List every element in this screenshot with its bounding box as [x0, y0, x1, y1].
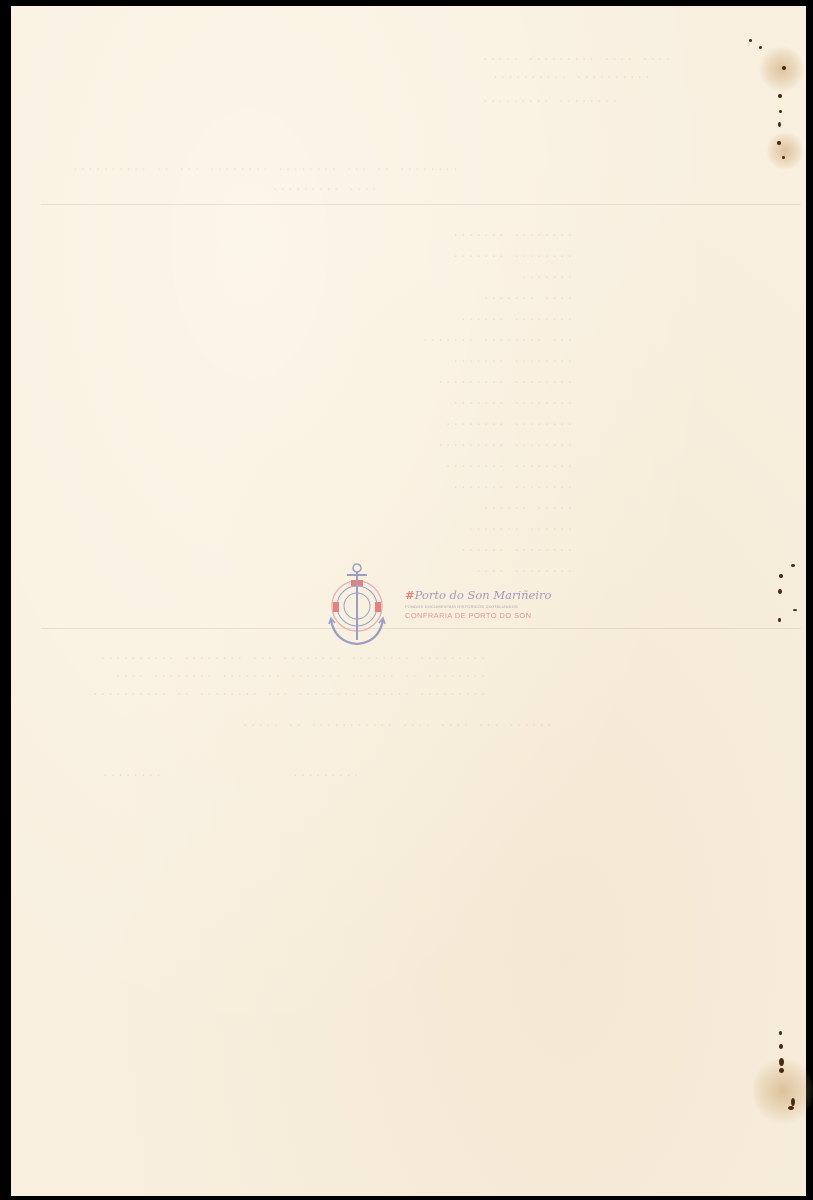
watermark-title-text: Porto do Son Mariñeiro — [415, 588, 552, 602]
watermark-hashtag: # — [405, 588, 415, 602]
bleed-through-text: .... .... ......... ..... — [481, 52, 671, 64]
bleed-through-text: .......... .......... — [491, 70, 651, 82]
rust-spot — [791, 564, 795, 567]
rust-spot — [779, 1031, 782, 1035]
rust-stain — [766, 132, 804, 170]
rust-spot — [778, 618, 781, 622]
bleed-through-text: ........ ......... — [481, 94, 618, 106]
rust-stain — [753, 1056, 813, 1126]
rust-spot — [778, 589, 782, 594]
bleed-through-text: ........ .. ... ........ ........ ... ..… — [71, 162, 459, 174]
bleed-through-signature: ........ — [101, 768, 162, 780]
bleed-through-text: .... ......... — [271, 182, 377, 194]
rust-spot — [749, 39, 752, 42]
rust-spot — [759, 46, 762, 49]
rust-spot — [779, 574, 783, 578]
watermark-title: #Porto do Son Mariñeiro — [405, 588, 551, 602]
rust-spot — [782, 66, 786, 70]
rust-spot — [778, 94, 782, 98]
rust-spot — [779, 1068, 784, 1073]
bleed-through-paragraph: ......... ........ ........ ... ........… — [91, 648, 486, 702]
watermark-organization: CONFRARIA DE PORTO DO SON — [405, 611, 531, 620]
rust-spot — [791, 1098, 795, 1106]
rust-spot — [779, 1058, 784, 1066]
watermark-subtitle: FONDOS DOCUMENTAIS HISTÓRICOS DIXITALIZA… — [405, 604, 518, 609]
bleed-through-signature: ......... — [291, 768, 359, 780]
watermark: #Porto do Son Mariñeiro FONDOS DOCUMENTA… — [323, 562, 523, 652]
bleed-through-list: ........ ............... ...............… — [421, 224, 573, 581]
rust-spot — [779, 1044, 783, 1049]
rust-spot — [778, 122, 781, 127]
anchor-lifebuoy-emblem-icon — [323, 562, 393, 652]
rust-spot — [777, 141, 781, 145]
rust-spot — [779, 110, 782, 113]
rust-spot — [788, 1106, 794, 1110]
bleed-through-date: ...... ... .... .... ........... .. ....… — [241, 718, 553, 730]
rust-spot — [793, 609, 797, 611]
bleed-through-rule — [41, 204, 801, 205]
scanned-page: .... .... ......... ..... .......... ...… — [11, 6, 806, 1196]
rust-spot — [782, 156, 785, 159]
